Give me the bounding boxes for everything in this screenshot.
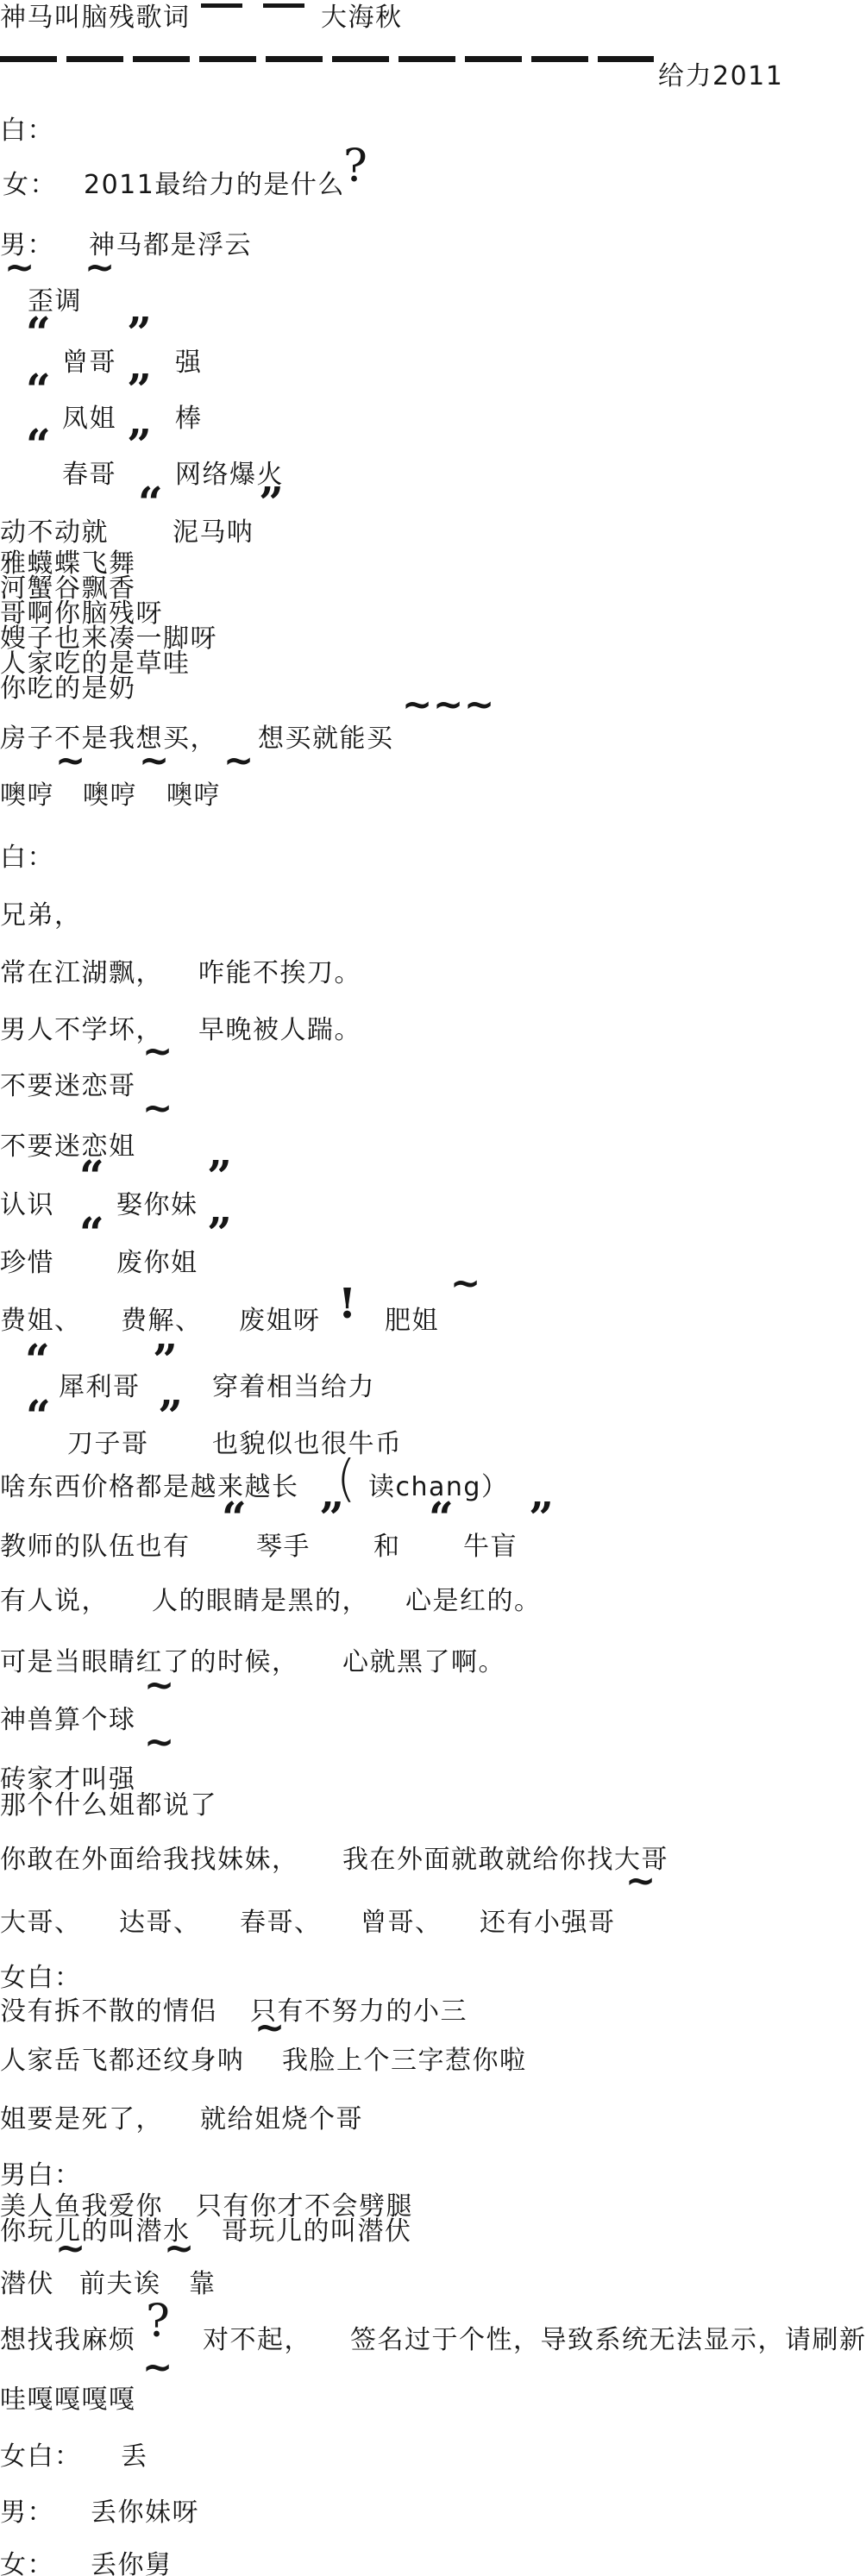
text-run: 哇嘎嘎嘎嘎 xyxy=(0,2385,136,2415)
text-run: 2011最给力的是什么 xyxy=(84,171,345,200)
text-run: 就给姐烧个哥 xyxy=(200,2105,363,2134)
text-run: 早晚被人踹。 xyxy=(198,1016,361,1045)
text-run: 不要迷恋哥 xyxy=(0,1072,136,1101)
text-run: 丢你舅 xyxy=(91,2551,173,2576)
text-run: 娶你妹 xyxy=(116,1191,198,1220)
text-run: 女： xyxy=(0,2551,54,2576)
quote-mark: ” xyxy=(529,1505,554,1531)
text-run: 人的眼睛是黑的， xyxy=(152,1587,369,1616)
text-run: 还有小强哥 xyxy=(480,1908,616,1938)
quote-mark: ” xyxy=(207,1163,232,1189)
text-run: 犀利哥 xyxy=(59,1373,141,1402)
text-run: 费姐、 xyxy=(0,1307,82,1336)
quote-mark: “ xyxy=(138,490,163,516)
text-run: 男人不学坏， xyxy=(0,1016,163,1045)
tilde-mark: ~ xyxy=(433,695,463,714)
divider-dashed-rule xyxy=(0,56,654,62)
tilde-mark: ~ xyxy=(55,2239,85,2258)
tilde-mark: ~ xyxy=(464,695,494,714)
text-run: 丢你妹呀 xyxy=(91,2498,199,2528)
text-run: 琴手 xyxy=(256,1532,311,1562)
quote-mark: “ xyxy=(79,1163,104,1189)
text-run: 姐要是死了， xyxy=(0,2105,163,2134)
quote-mark: “ xyxy=(222,1505,247,1531)
tilde-mark: ~ xyxy=(139,751,169,770)
text-run: 没有拆不散的情侣 xyxy=(0,1997,217,2027)
quote-mark: ” xyxy=(127,432,152,458)
text-run: 强 xyxy=(175,348,203,378)
text-run: 曾哥 xyxy=(62,348,116,378)
quote-mark: ” xyxy=(158,1403,183,1429)
quote-mark: “ xyxy=(26,377,51,403)
tilde-mark: ~ xyxy=(402,695,432,714)
tilde-mark: ~ xyxy=(254,2018,285,2037)
text-run: 潜伏 xyxy=(0,2270,54,2299)
text-run: 想找我麻烦 xyxy=(0,2326,136,2355)
text-run: 噢哼 xyxy=(166,781,221,811)
text-run: 认识 xyxy=(0,1191,54,1220)
text-run: 哥玩儿的叫潜伏 xyxy=(222,2217,412,2247)
text-run: 也貌似也很牛币 xyxy=(212,1430,403,1459)
text-run: 棒 xyxy=(175,404,203,434)
big-question-mark: ? xyxy=(146,2307,170,2336)
text-run: 废你姐 xyxy=(116,1249,198,1278)
big-question-mark: ? xyxy=(343,152,367,181)
text-run: 男： xyxy=(0,2498,54,2528)
text-run: 和 xyxy=(373,1532,401,1562)
tilde-mark: ~ xyxy=(4,258,35,277)
text-run: 啥东西价格都是越来越长 xyxy=(0,1473,299,1502)
text-run: 大海秋 xyxy=(321,3,403,33)
text-run: 凤姐 xyxy=(62,404,116,434)
big-paren-mark: ( xyxy=(336,1461,356,1495)
text-run: 常在江湖飘， xyxy=(0,959,163,988)
text-run: 女白： xyxy=(0,1964,82,1993)
text-run: 神兽算个球 xyxy=(0,1706,136,1735)
text-run: 刀子哥 xyxy=(67,1430,149,1459)
text-run: 女白： xyxy=(0,2442,82,2472)
text-run: 你玩儿的叫潜水 xyxy=(0,2217,191,2247)
text-run: 靠 xyxy=(189,2270,216,2299)
text-run: 咋能不挨刀。 xyxy=(198,959,361,988)
text-run: 穿着相当给力 xyxy=(212,1373,375,1402)
quote-mark: ” xyxy=(127,377,152,403)
text-run: 白： xyxy=(0,116,54,146)
text-run: 丢 xyxy=(121,2442,148,2472)
quote-mark: “ xyxy=(25,1347,50,1373)
text-run: 神马叫脑残歌词 xyxy=(0,3,191,33)
text-run: 你敢在外面给我找妹妹， xyxy=(0,1846,299,1875)
text-run: 人家岳飞都还纹身呐 xyxy=(0,2046,245,2076)
text-run: 春哥 xyxy=(62,461,116,490)
text-run: 男白： xyxy=(0,2161,82,2191)
quote-mark: ” xyxy=(207,1220,232,1246)
quote-mark: ” xyxy=(319,1505,344,1531)
text-run: 给力2011 xyxy=(658,62,783,91)
text-run: 曾哥、 xyxy=(361,1908,442,1938)
big-exclamation-mark: ! xyxy=(338,1289,356,1319)
tilde-mark: ~ xyxy=(625,1871,656,1890)
text-run: 达哥、 xyxy=(119,1908,201,1938)
text-run: 你吃的是奶 xyxy=(0,674,136,704)
quote-mark: “ xyxy=(26,432,51,458)
text-run: 春哥、 xyxy=(240,1908,322,1938)
text-run: 签名过于个性，导致系统无法显示，请刷新 xyxy=(350,2326,866,2355)
dash-mark xyxy=(201,3,242,8)
text-run: 噢哼 xyxy=(83,781,137,811)
text-run: 珍惜 xyxy=(0,1249,54,1278)
tilde-mark: ~ xyxy=(144,1733,174,1752)
text-run: 不要迷恋姐 xyxy=(0,1132,136,1162)
text-run: 动不动就 xyxy=(0,518,109,548)
quote-mark: ” xyxy=(259,490,284,516)
text-run: 牛盲 xyxy=(463,1532,518,1562)
quote-mark: ” xyxy=(153,1347,178,1373)
tilde-mark: ~ xyxy=(142,1042,173,1061)
text-run: 我在外面就敢就给你找大哥 xyxy=(342,1846,668,1875)
text-run: 肥姐 xyxy=(385,1307,439,1336)
text-run: 前夫诶 xyxy=(79,2270,161,2299)
text-run: 对不起， xyxy=(203,2326,311,2355)
text-run: 大哥、 xyxy=(0,1908,82,1938)
text-run: 想买就能买 xyxy=(258,724,394,754)
quote-mark: “ xyxy=(79,1220,104,1246)
text-run: 女： xyxy=(3,171,57,200)
text-run: 白： xyxy=(0,843,54,873)
text-run: 废姐呀 xyxy=(239,1307,321,1336)
tilde-mark: ~ xyxy=(450,1274,480,1293)
quote-mark: “ xyxy=(26,320,51,346)
dash-mark xyxy=(263,3,304,8)
tilde-mark: ~ xyxy=(223,751,254,770)
text-run: 房子不是我想买， xyxy=(0,724,217,754)
text-run: 兄弟， xyxy=(0,901,82,931)
tilde-mark: ~ xyxy=(142,2358,173,2377)
text-run: 泥马呐 xyxy=(173,518,254,548)
text-run: 心是红的。 xyxy=(405,1587,542,1616)
quote-mark: ” xyxy=(127,320,152,346)
quote-mark: “ xyxy=(26,1403,51,1429)
text-run: 那个什么姐都说了 xyxy=(0,1791,217,1821)
text-run: 我脸上个三字惹你啦 xyxy=(282,2046,527,2076)
tilde-mark: ~ xyxy=(164,2239,194,2258)
lyrics-sheet: 神马叫脑残歌词大海秋给力2011白：女：2011最给力的是什么?男：神马都是浮云… xyxy=(0,0,866,2576)
quote-mark: “ xyxy=(429,1505,454,1531)
tilde-mark: ~ xyxy=(142,1099,173,1118)
text-run: 教师的队伍也有 xyxy=(0,1532,191,1562)
text-run: 心就黑了啊。 xyxy=(342,1648,505,1677)
text-run: 费解、 xyxy=(121,1307,203,1336)
tilde-mark: ~ xyxy=(55,751,85,770)
tilde-mark: ~ xyxy=(144,1676,174,1695)
text-run: 有人说， xyxy=(0,1587,109,1616)
text-run: 噢哼 xyxy=(0,781,54,811)
tilde-mark: ~ xyxy=(85,258,115,277)
